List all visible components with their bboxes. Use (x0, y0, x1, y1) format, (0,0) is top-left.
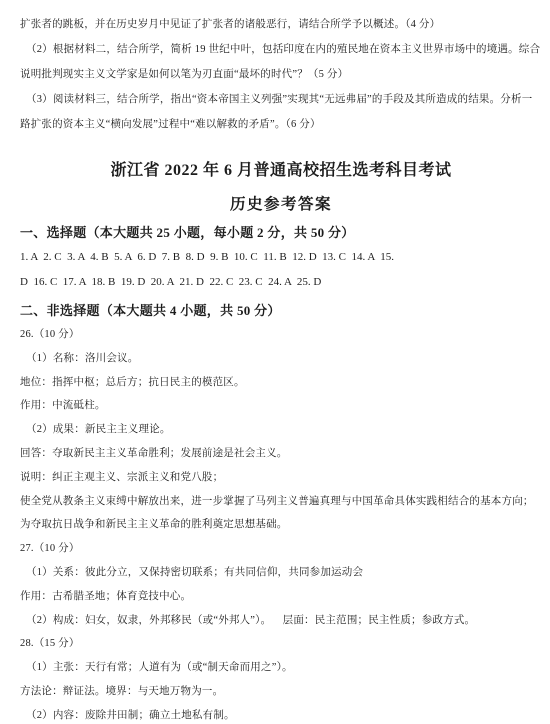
question-number: 27.（10 分） (20, 537, 542, 561)
question-text-line: （3）阅读材料三，结合所学，指出“资本帝国主义列强”实现其“无远弗届”的手段及其… (20, 87, 542, 112)
question-number: 26.（10 分） (20, 323, 542, 347)
answer-line: 回答：夺取新民主主义革命胜利；发展前途是社会主义。 (20, 442, 542, 466)
essay-question-26: 26.（10 分） （1）名称：洛川会议。 地位：指挥中枢；总后方；抗日民主的模… (20, 323, 542, 537)
answer-line: 为夺取抗日战争和新民主主义革命的胜利奠定思想基础。 (20, 513, 542, 537)
answer-line: 说明：纠正主观主义、宗派主义和党八股； (20, 466, 542, 490)
section-heading-essay: 二、非选择题（本大题共 4 小题，共 50 分） (20, 299, 542, 323)
section-heading-multiple-choice: 一、选择题（本大题共 25 小题，每小题 2 分，共 50 分） (20, 221, 542, 245)
answer-line: 作用：中流砥柱。 (20, 394, 542, 418)
essay-question-27: 27.（10 分） （1）关系：彼此分立，又保持密切联系；有共同信仰，共同参加运… (20, 537, 542, 632)
question-text-line: 扩张者的跳板，并在历史岁月中见证了扩张者的诸般恶行，请结合所学予以概述。（4 分… (20, 12, 542, 37)
answer-line: 使全党从教条主义束缚中解放出来，进一步掌握了马列主义普遍真理与中国革命具体实践相… (20, 490, 542, 514)
exam-answer-page: 扩张者的跳板，并在历史岁月中见证了扩张者的诸般恶行，请结合所学予以概述。（4 分… (0, 0, 550, 724)
exam-title: 浙江省 2022 年 6 月普通高校招生选考科目考试 (20, 159, 542, 183)
answer-line: （2）构成：妇女，奴隶，外邦移民（或“外邦人”）。 层面：民主范围；民主性质；参… (20, 609, 542, 633)
intro-paragraph: 扩张者的跳板，并在历史岁月中见证了扩张者的诸般恶行，请结合所学予以概述。（4 分… (20, 12, 542, 137)
question-text-line: 路扩张的资本主义“横向发展”过程中“难以解救的矛盾”。（6 分） (20, 112, 542, 137)
answer-line: （1）主张：天行有常；人道有为（或“制天命而用之”）。 (20, 656, 542, 680)
multiple-choice-answers: 1. A 2. C 3. A 4. B 5. A 6. D 7. B 8. D … (20, 245, 542, 295)
answer-line: 地位：指挥中枢；总后方；抗日民主的模范区。 (20, 371, 542, 395)
answer-line: （2）内容：废除井田制；确立土地私有制。 (20, 704, 542, 724)
question-number: 28.（15 分） (20, 632, 542, 656)
answer-line: （2）成果：新民主主义理论。 (20, 418, 542, 442)
answer-line: （1）关系：彼此分立，又保持密切联系；有共同信仰，共同参加运动会 (20, 561, 542, 585)
mc-answers-line: 1. A 2. C 3. A 4. B 5. A 6. D 7. B 8. D … (20, 245, 542, 270)
mc-answers-line: D 16. C 17. A 18. B 19. D 20. A 21. D 22… (20, 270, 542, 295)
essay-question-28: 28.（15 分） （1）主张：天行有常；人道有为（或“制天命而用之”）。 方法… (20, 632, 542, 724)
question-text-line: 说明批判现实主义文学家是如何以笔为刃直面“最坏的时代”？（5 分） (20, 62, 542, 87)
answer-line: （1）名称：洛川会议。 (20, 347, 542, 371)
answer-line: 作用：古希腊圣地；体育竞技中心。 (20, 585, 542, 609)
answer-line: 方法论：辩证法。境界：与天地万物为一。 (20, 680, 542, 704)
question-text-line: （2）根据材料二，结合所学，简析 19 世纪中叶，包括印度在内的殖民地在资本主义… (20, 37, 542, 62)
answers-subtitle: 历史参考答案 (20, 193, 542, 217)
